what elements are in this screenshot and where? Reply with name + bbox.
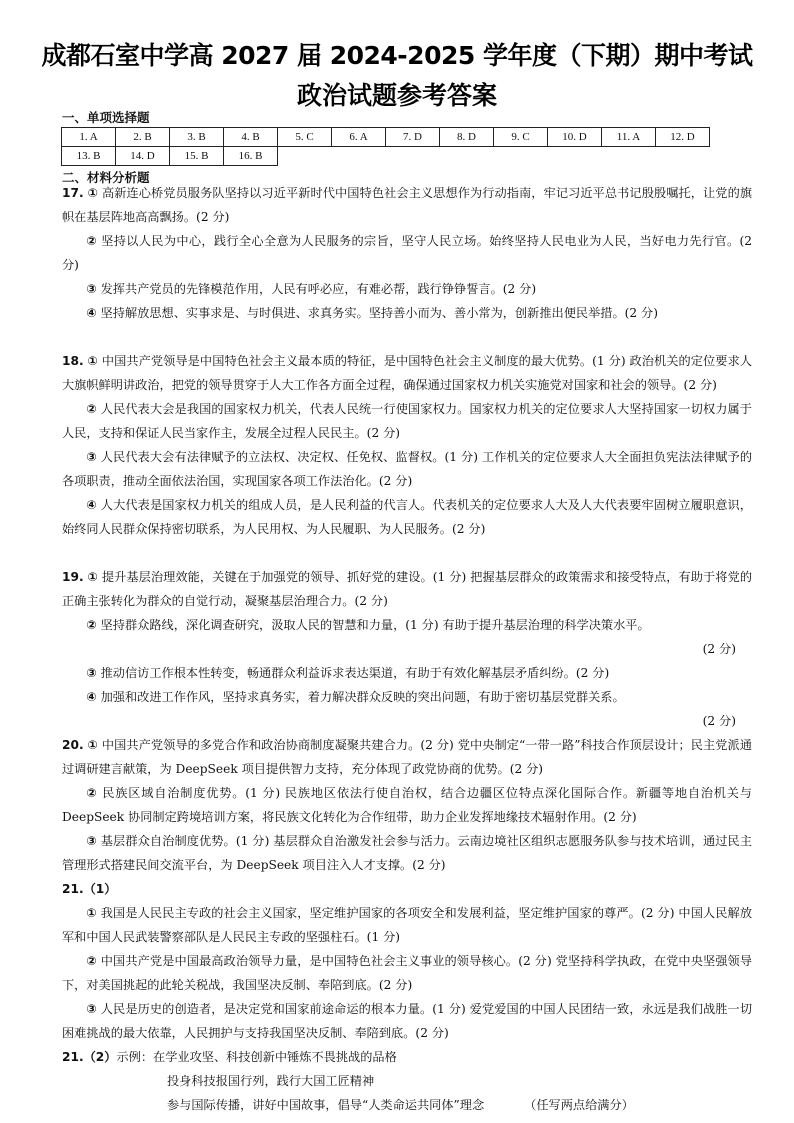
answer-cell: 13. B [62, 147, 116, 166]
q21-part2: 21.（2）示例：在学业攻坚、科技创新中锤炼不畏挑战的品格 [62, 1045, 752, 1069]
answer-cell: 12. D [656, 128, 710, 147]
item-text: 民族区域自治制度优势。(1 分) 民族地区依法行使自治权，结合边疆区位特点深化国… [62, 786, 752, 824]
item-marker: ① [88, 186, 98, 200]
q21-item-3: ③ 人民是历史的创造者，是决定党和国家前途命运的根本力量。(1 分) 爱党爱国的… [62, 997, 752, 1045]
item-marker: ① [88, 570, 98, 584]
item-text: 推动信访工作根本性转变，畅通群众利益诉求表达渠道，有助于有效化解基层矛盾纠纷。(… [101, 666, 610, 680]
q21-part1-heading: 21.（1） [62, 877, 752, 901]
item-text: 坚持群众路线，深化调查研究，汲取人民的智慧和力量，(1 分) 有助于提升基层治理… [101, 618, 650, 632]
q17-item-1: 17. ① 高新连心桥党员服务队坚持以习近平新时代中国特色社会主义思想作为行动指… [62, 181, 752, 229]
answer-cell: 8. D [440, 128, 494, 147]
score-label: (2 分) [62, 709, 752, 733]
q17-item-4: ④ 坚持解放思想、实事求是、与时俱进、求真务实。坚持善小而为、善小常为，创新推出… [62, 301, 752, 325]
answer-cell: 4. B [224, 128, 278, 147]
answer-cell: 14. D [116, 147, 170, 166]
item-text: 中国共产党领导是中国特色社会主义最本质的特征，是中国特色社会主义制度的最大优势。… [62, 354, 752, 392]
item-marker: ④ [86, 306, 96, 320]
item-text: 发挥共产党员的先锋模范作用，人民有呼必应，有难必帮，践行铮铮誓言。(2 分) [101, 282, 537, 296]
q19-item-2: ② 坚持群众路线，深化调查研究，汲取人民的智慧和力量，(1 分) 有助于提升基层… [62, 613, 752, 637]
q18-item-4: ④ 人大代表是国家权力机关的组成人员，是人民利益的代言人。代表机关的定位要求人大… [62, 493, 752, 541]
q17-item-3: ③ 发挥共产党员的先锋模范作用，人民有呼必应，有难必帮，践行铮铮誓言。(2 分) [62, 277, 752, 301]
question-number: 21.（2） [62, 1050, 116, 1064]
item-text: 提升基层治理效能，关键在于加强党的领导、抓好党的建设。(1 分) 把握基层群众的… [62, 570, 752, 608]
item-marker: ① [88, 354, 98, 368]
answer-cell: 1. A [62, 128, 116, 147]
item-text: 高新连心桥党员服务队坚持以习近平新时代中国特色社会主义思想作为行动指南，牢记习近… [62, 186, 752, 224]
item-marker: ② [86, 234, 97, 248]
answer-cell: 15. B [170, 147, 224, 166]
q20-item-3: ③ 基层群众自治制度优势。(1 分) 基层群众自治激发社会参与活力。云南边境社区… [62, 829, 752, 877]
item-marker: ② [86, 954, 96, 968]
scoring-note: （任写两点给满分） [524, 1098, 634, 1112]
item-marker: ③ [86, 282, 96, 296]
item-marker: ④ [86, 498, 96, 512]
example-item: 投身科技报国行列，践行大国工匠精神 [62, 1069, 752, 1093]
section-heading-choice: 一、单项选择题 [62, 108, 150, 126]
item-marker: ② [86, 786, 97, 800]
item-text: 坚持以人民为中心，践行全心全意为人民服务的宗旨，坚守人民立场。始终坚持人民电业为… [62, 234, 752, 272]
item-text: 人大代表是国家权力机关的组成人员，是人民利益的代言人。代表机关的定位要求人大及人… [62, 498, 752, 536]
example-item: 参与国际传播，讲好中国故事，倡导“人类命运共同体”理念 [167, 1098, 484, 1112]
question-number: 20. [62, 738, 84, 752]
q17-item-2: ② 坚持以人民为中心，践行全心全意为人民服务的宗旨，坚守人民立场。始终坚持人民电… [62, 229, 752, 277]
item-marker: ① [88, 738, 98, 752]
item-text: 人民是历史的创造者，是决定党和国家前途命运的根本力量。(1 分) 爱党爱国的中国… [62, 1002, 752, 1040]
item-marker: ③ [86, 666, 96, 680]
example-label: 示例： [116, 1050, 153, 1064]
document-subtitle: 政治试题参考答案 [0, 76, 794, 112]
question-number: 17. [62, 186, 84, 200]
answer-row-1: 1. A 2. B 3. B 4. B 5. C 6. A 7. D 8. D … [62, 128, 710, 147]
q19-item-1: 19. ① 提升基层治理效能，关键在于加强党的领导、抓好党的建设。(1 分) 把… [62, 565, 752, 613]
answer-cell: 2. B [116, 128, 170, 147]
example-item: 在学业攻坚、科技创新中锤炼不畏挑战的品格 [153, 1050, 397, 1064]
q20-item-2: ② 民族区域自治制度优势。(1 分) 民族地区依法行使自治权，结合边疆区位特点深… [62, 781, 752, 829]
question-number: 19. [62, 570, 84, 584]
item-text: 中国共产党是中国最高政治领导力量，是中国特色社会主义事业的领导核心。(2 分) … [62, 954, 752, 992]
answer-cell: 11. A [602, 128, 656, 147]
item-text: 我国是人民民主专政的社会主义国家，坚定维护国家的各项安全和发展利益，坚定维护国家… [62, 906, 752, 944]
document-title: 成都石室中学高 2027 届 2024-2025 学年度（下期）期中考试 [0, 36, 794, 72]
answer-cell: 3. B [170, 128, 224, 147]
item-text: 基层群众自治制度优势。(1 分) 基层群众自治激发社会参与活力。云南边境社区组织… [62, 834, 752, 872]
answer-cell: 9. C [494, 128, 548, 147]
item-marker: ④ [86, 690, 96, 704]
answer-row-2: 13. B 14. D 15. B 16. B [62, 147, 710, 166]
item-text: 中国共产党领导的多党合作和政治协商制度凝聚共建合力。(2 分) 党中央制定“一带… [62, 738, 752, 776]
answer-table: 1. A 2. B 3. B 4. B 5. C 6. A 7. D 8. D … [61, 127, 710, 166]
answer-cell: 5. C [278, 128, 332, 147]
q21-item-1: ① 我国是人民民主专政的社会主义国家，坚定维护国家的各项安全和发展利益，坚定维护… [62, 901, 752, 949]
item-marker: ③ [86, 450, 96, 464]
item-marker: ③ [86, 1002, 96, 1016]
item-text: 人民代表大会有法律赋予的立法权、决定权、任免权、监督权。(1 分) 工作机关的定… [62, 450, 752, 488]
item-text: 加强和改进工作作风，坚持求真务实，着力解决群众反映的突出问题，有助于密切基层党群… [101, 690, 625, 704]
answers-body: 17. ① 高新连心桥党员服务队坚持以习近平新时代中国特色社会主义思想作为行动指… [62, 181, 752, 1117]
example-item-last: 参与国际传播，讲好中国故事，倡导“人类命运共同体”理念（任写两点给满分） [62, 1093, 752, 1117]
answer-cell: 10. D [548, 128, 602, 147]
answer-cell: 6. A [332, 128, 386, 147]
answer-cell: 7. D [386, 128, 440, 147]
q19-item-4: ④ 加强和改进工作作风，坚持求真务实，着力解决群众反映的突出问题，有助于密切基层… [62, 685, 752, 709]
q18-item-1: 18. ① 中国共产党领导是中国特色社会主义最本质的特征，是中国特色社会主义制度… [62, 349, 752, 397]
item-text: 人民代表大会是我国的国家权力机关，代表人民统一行使国家权力。国家权力机关的定位要… [62, 402, 752, 440]
question-number: 18. [62, 354, 84, 368]
item-text: 坚持解放思想、实事求是、与时俱进、求真务实。坚持善小而为、善小常为，创新推出便民… [101, 306, 658, 320]
item-marker: ① [86, 906, 96, 920]
q18-item-2: ② 人民代表大会是我国的国家权力机关，代表人民统一行使国家权力。国家权力机关的定… [62, 397, 752, 445]
score-label: (2 分) [62, 637, 752, 661]
item-marker: ② [86, 402, 96, 416]
item-marker: ③ [86, 834, 96, 848]
q19-item-3: ③ 推动信访工作根本性转变，畅通群众利益诉求表达渠道，有助于有效化解基层矛盾纠纷… [62, 661, 752, 685]
item-marker: ② [86, 618, 96, 632]
q18-item-3: ③ 人民代表大会有法律赋予的立法权、决定权、任免权、监督权。(1 分) 工作机关… [62, 445, 752, 493]
q20-item-1: 20. ① 中国共产党领导的多党合作和政治协商制度凝聚共建合力。(2 分) 党中… [62, 733, 752, 781]
q21-item-2: ② 中国共产党是中国最高政治领导力量，是中国特色社会主义事业的领导核心。(2 分… [62, 949, 752, 997]
answer-cell: 16. B [224, 147, 278, 166]
